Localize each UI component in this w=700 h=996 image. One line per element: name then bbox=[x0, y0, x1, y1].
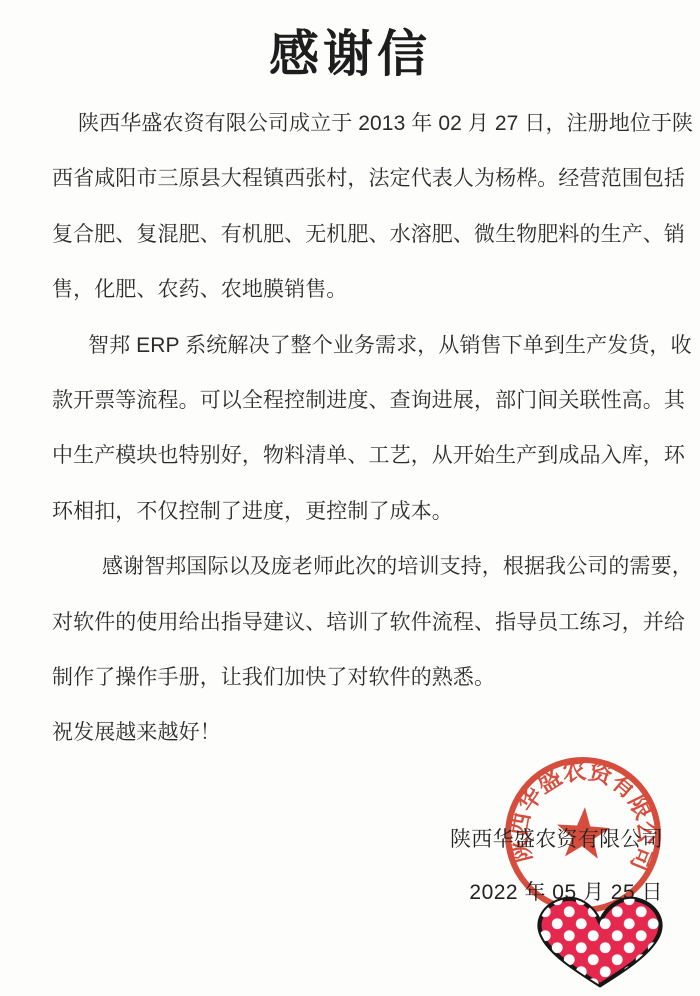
letter-body: 陕西华盛农资有限公司成立于 2013 年 02 月 27 日，注册地位于陕 西省… bbox=[52, 96, 664, 761]
heart-dot-layer bbox=[540, 899, 661, 985]
letter-line: 西省咸阳市三原县大程镇西张村，法定代表人为杨桦。经营范围包括 bbox=[52, 151, 664, 206]
letter-line: 中生产模块也特别好，物料清单、工艺，从开始生产到成品入库，环 bbox=[52, 428, 664, 483]
letter-line: 对软件的使用给出指导建议、培训了软件流程、指导员工练习，并给 bbox=[52, 595, 664, 650]
letter-line: 复合肥、复混肥、有机肥、无机肥、水溶肥、微生物肥料的生产、销 bbox=[52, 207, 664, 262]
letter-line: 款开票等流程。可以全程控制进度、查询进展，部门间关联性高。其 bbox=[52, 373, 664, 428]
letter-line: 感谢智邦国际以及庞老师此次的培训支持，根据我公司的需要， bbox=[52, 539, 664, 594]
page-title: 感谢信 bbox=[0, 22, 700, 86]
letter-line: 制作了操作手册，让我们加快了对软件的熟悉。 bbox=[52, 650, 664, 705]
signature-company: 陕西华盛农资有限公司 bbox=[450, 823, 663, 853]
heart-sticker bbox=[527, 893, 673, 993]
letter-line: 环相扣，不仅控制了进度，更控制了成本。 bbox=[52, 484, 664, 539]
letter-line: 售，化肥、农药、农地膜销售。 bbox=[52, 262, 664, 317]
letter-page: 感谢信 陕西华盛农资有限公司成立于 2013 年 02 月 27 日，注册地位于… bbox=[0, 0, 700, 996]
letter-line: 陕西华盛农资有限公司成立于 2013 年 02 月 27 日，注册地位于陕 bbox=[52, 96, 664, 151]
letter-line: 智邦 ERP 系统解决了整个业务需求，从销售下单到生产发货，收 bbox=[52, 318, 664, 373]
